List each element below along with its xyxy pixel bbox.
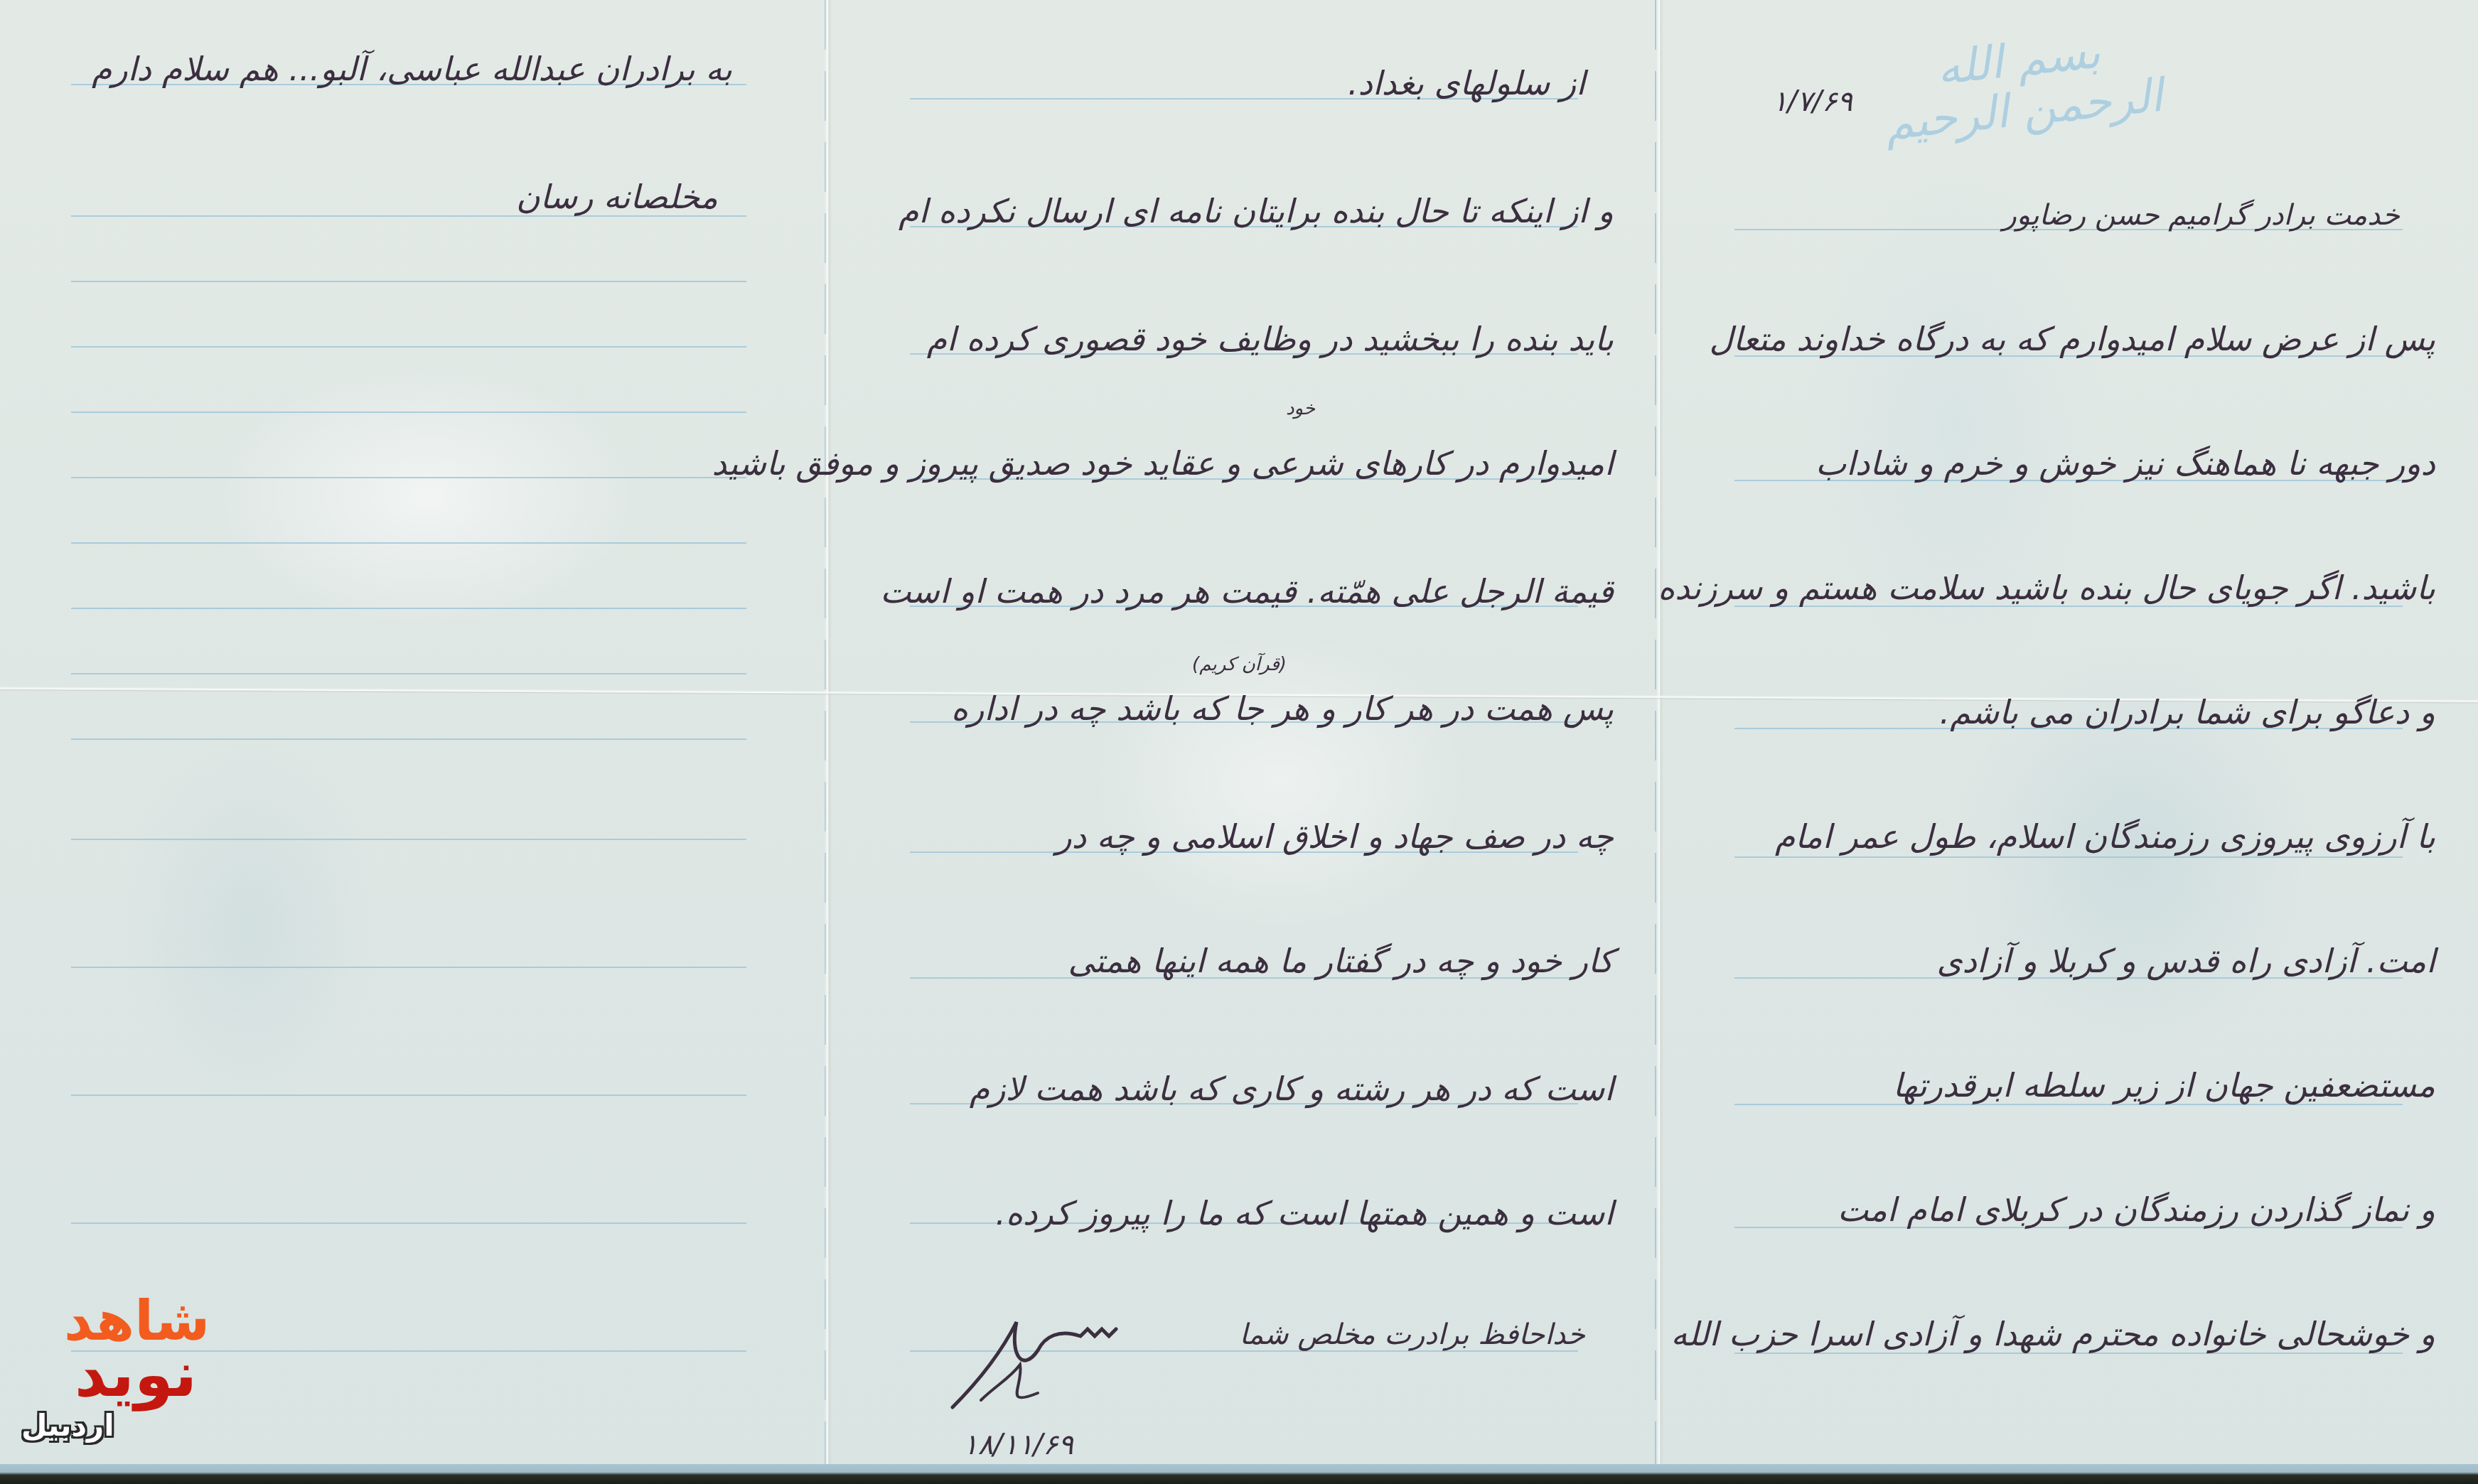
letter-line: مستضعفین جهان از زیر سلطه ابرقدرتها bbox=[1893, 1066, 2435, 1104]
letter-line: امت. آزادی راه قدس و کربلا و آزادی bbox=[1937, 942, 2435, 980]
letter-line: و از اینکه تا حال بنده برایتان نامه ای ا… bbox=[899, 192, 1614, 230]
letter-line: مخلصانه رسان bbox=[516, 178, 718, 216]
letter-line: و نماز گذاردن رزمندگان در کربلای امام ام… bbox=[1838, 1190, 2435, 1229]
letter-panel-right: بسم الله الرحمن الرحیم ۱/۷/۶۹ خدمت برادر… bbox=[1662, 0, 2478, 1464]
signature-date: ۱۸/۱۱/۶۹ bbox=[962, 1429, 1073, 1461]
letter-line: و خوشحالی خانواده محترم شهدا و آزادی اسر… bbox=[1670, 1315, 2435, 1353]
letter-annotation: (قرآن کریم) bbox=[1192, 654, 1287, 675]
letter-line: است و همین همتها است که ما را پیروز کرده… bbox=[995, 1194, 1614, 1232]
letter-line: باید بنده را ببخشید در وظایف خود قصوری ک… bbox=[927, 320, 1614, 358]
letter-line: پس از عرض سلام امیدوارم که به درگاه خداو… bbox=[1709, 320, 2435, 358]
letter-line: چه در صف جهاد و اخلاق اسلامی و چه در bbox=[1056, 817, 1614, 856]
scan-bottom-edge bbox=[0, 1464, 2478, 1484]
letter-panel-left: به برادران عبدالله عباسی، آلبو... هم سلا… bbox=[0, 0, 825, 1464]
signature-scribble bbox=[938, 1308, 1137, 1414]
letter-line: از سلولهای بغداد. bbox=[1348, 64, 1585, 102]
letter-line: دور جبهه نا هماهنگ نیز خوش و خرم و شاداب bbox=[1815, 444, 2435, 483]
logo-word-navid: نوید bbox=[75, 1343, 197, 1406]
letter-closing: خداحافظ برادرت مخلص شما bbox=[1240, 1318, 1585, 1351]
letter-line: قیمة الرجل علی همّته. قیمت هر مرد در همت… bbox=[880, 572, 1614, 611]
letter-line: است که در هر رشته و کاری که باشد همت لاز… bbox=[970, 1070, 1614, 1108]
letter-line: امیدوارم در کارهای شرعی و عقاید خود صدیق… bbox=[712, 444, 1614, 483]
letter-line: با آرزوی پیروزی رزمندگان اسلام، طول عمر … bbox=[1775, 817, 2435, 856]
letter-line: پس همت در هر کار و هر جا که باشد چه در ا… bbox=[951, 689, 1614, 728]
letter-line: به برادران عبدالله عباسی، آلبو... هم سلا… bbox=[92, 50, 732, 88]
letter-line: باشید. اگر جویای حال بنده باشید سلامت هس… bbox=[1658, 569, 2435, 607]
letter-date: ۱/۷/۶۹ bbox=[1772, 85, 1852, 118]
letter-annotation: خود bbox=[1286, 398, 1315, 419]
navid-shahed-logo: شاهد نوید اردبیل bbox=[21, 1294, 249, 1464]
letter-line: و دعاگو برای شما برادران می باشم. bbox=[1940, 693, 2435, 731]
letter-line: خدمت برادر گرامیم حسن رضاپور bbox=[2002, 199, 2400, 232]
logo-city-ardabil: اردبیل bbox=[21, 1411, 114, 1441]
letter-panel-middle: از سلولهای بغداد. و از اینکه تا حال بنده… bbox=[830, 0, 1656, 1464]
letter-line: کار خود و چه در گفتار ما همه اینها همتی bbox=[1068, 942, 1614, 980]
basmala-heading: بسم الله الرحمن الرحیم bbox=[1867, 21, 2182, 215]
